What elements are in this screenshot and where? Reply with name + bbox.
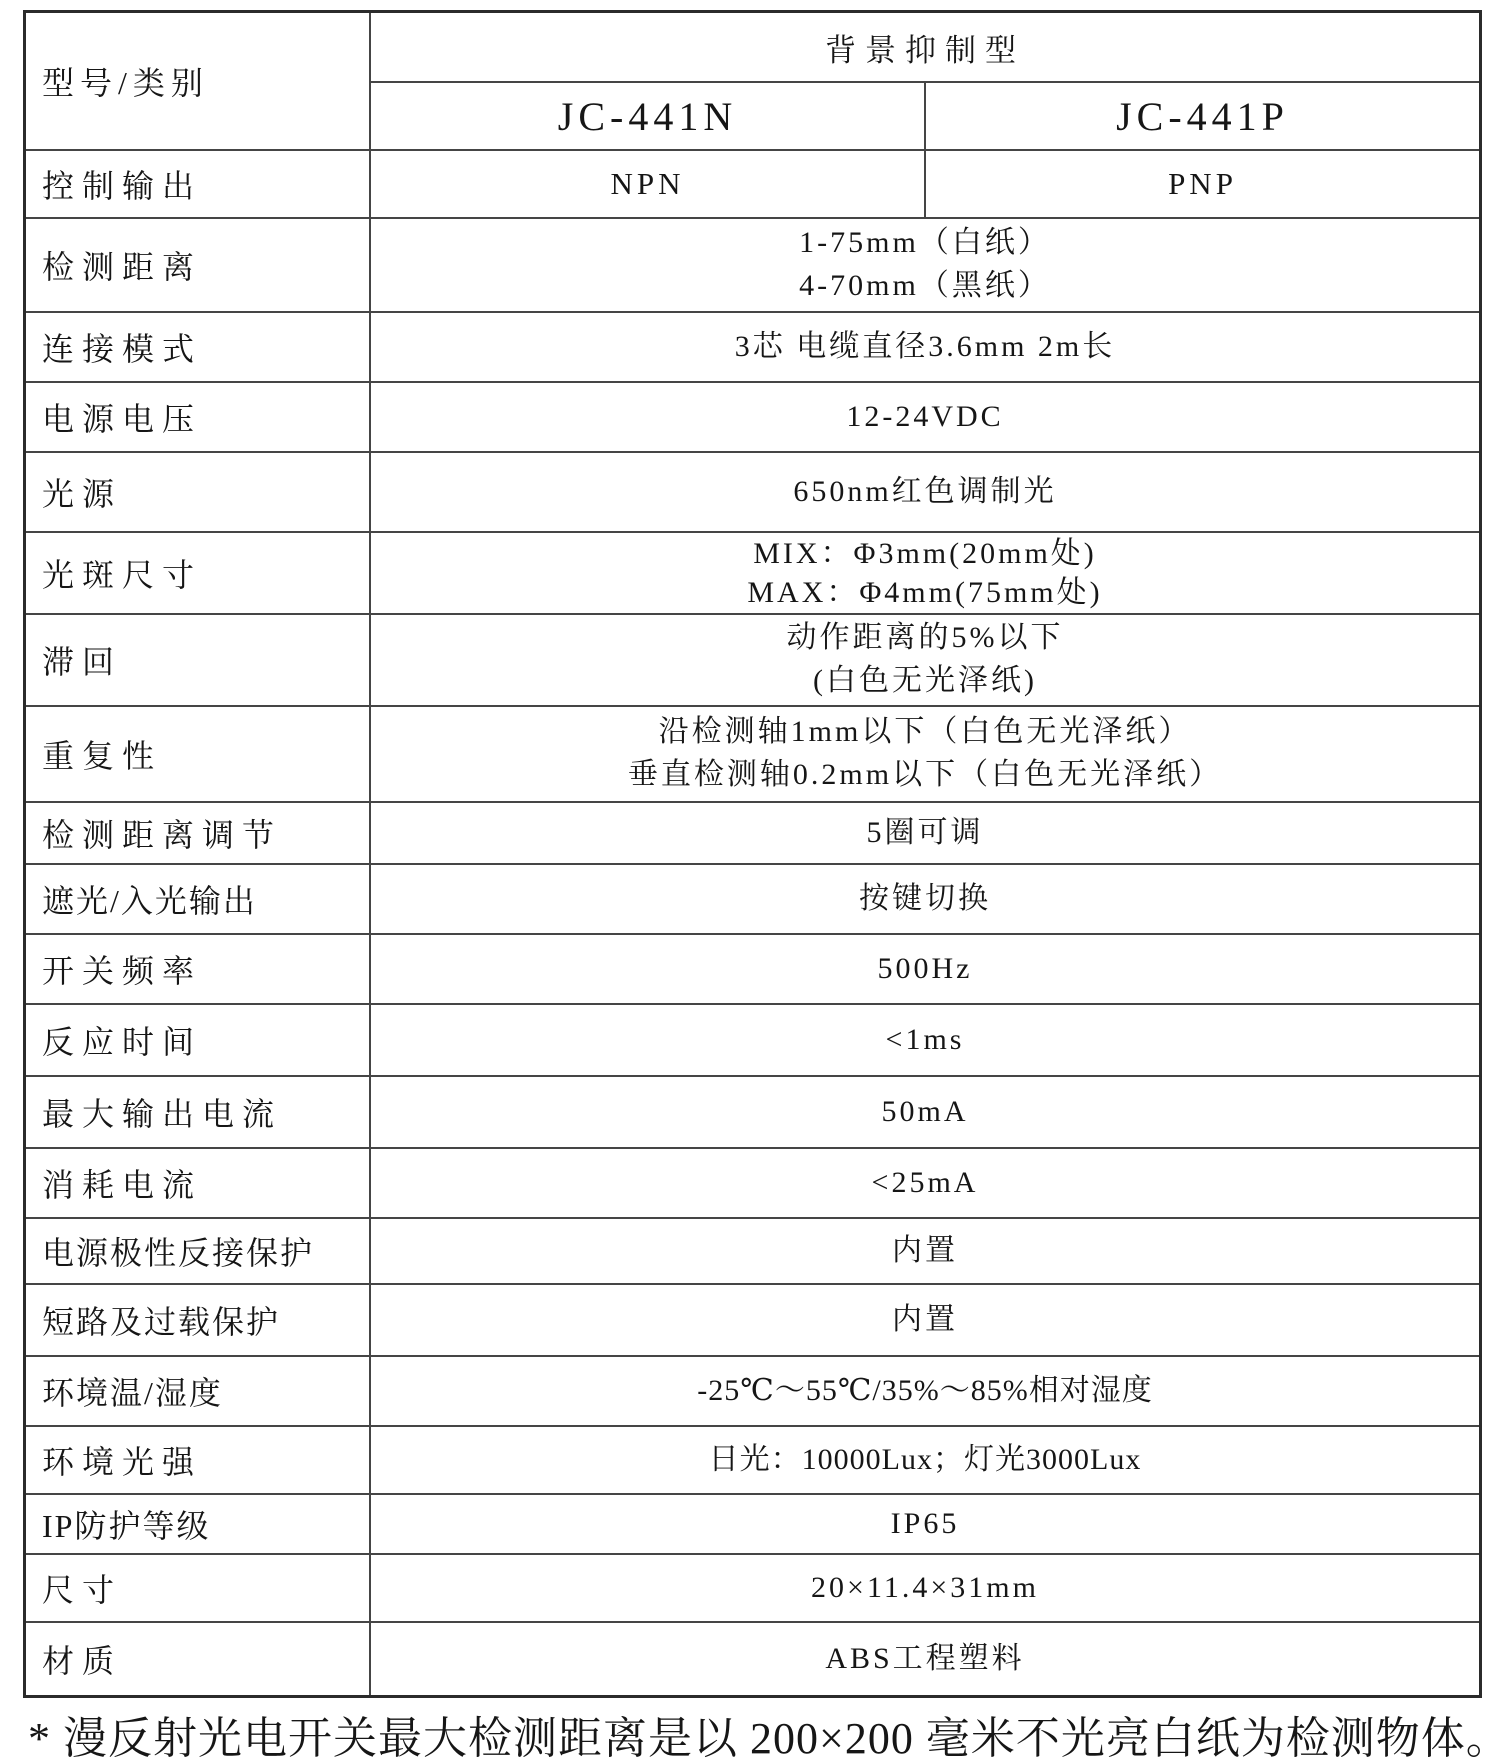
- row-label: 检测距离调节: [26, 803, 371, 863]
- output-left-cell: NPN: [371, 151, 926, 217]
- value-line: MAX：Φ4mm(75mm处): [747, 573, 1102, 612]
- value-line: 1-75mm（白纸）: [799, 222, 1051, 265]
- row-value: 20×11.4×31mm: [371, 1555, 1479, 1621]
- models-row: JC-441N JC-441P: [371, 83, 1479, 149]
- row-repeatability: 重复性 沿检测轴1mm以下（白色无光泽纸） 垂直检测轴0.2mm以下（白色无光泽…: [26, 707, 1479, 803]
- value-line: 50mA: [882, 1091, 969, 1134]
- row-label: 短路及过载保护: [26, 1285, 371, 1355]
- row-material: 材质 ABS工程塑料: [26, 1623, 1479, 1695]
- row-ambient-temp-humidity: 环境温/湿度 -25℃～55℃/35%～85%相对湿度: [26, 1357, 1479, 1427]
- value-line: ABS工程塑料: [825, 1638, 1024, 1681]
- model-right-cell: JC-441P: [926, 83, 1479, 149]
- value-line: 5圈可调: [867, 812, 984, 855]
- value-line: (白色无光泽纸): [813, 660, 1037, 703]
- row-supply-voltage: 电源电压 12-24VDC: [26, 383, 1479, 453]
- row-value: 沿检测轴1mm以下（白色无光泽纸） 垂直检测轴0.2mm以下（白色无光泽纸）: [371, 707, 1479, 801]
- row-label: 尺寸: [26, 1555, 371, 1621]
- row-label: 光斑尺寸: [26, 533, 371, 613]
- row-ip-rating: IP防护等级 IP65: [26, 1495, 1479, 1555]
- row-value: 日光：10000Lux；灯光3000Lux: [371, 1427, 1479, 1493]
- row-hysteresis: 滞回 动作距离的5%以下 (白色无光泽纸): [26, 615, 1479, 707]
- row-label: 消耗电流: [26, 1149, 371, 1217]
- row-value: ABS工程塑料: [371, 1623, 1479, 1695]
- value-line: <25mA: [872, 1162, 979, 1205]
- row-switching-frequency: 开关频率 500Hz: [26, 935, 1479, 1005]
- row-value: <1ms: [371, 1005, 1479, 1075]
- value-line: IP65: [891, 1503, 960, 1546]
- value-line: MIX：Φ3mm(20mm处): [753, 534, 1097, 573]
- row-label: 环境温/湿度: [26, 1357, 371, 1425]
- row-value: 内置: [371, 1285, 1479, 1355]
- value-line: 12-24VDC: [846, 396, 1003, 439]
- row-label: 重复性: [26, 707, 371, 801]
- value-line: 动作距离的5%以下: [787, 617, 1064, 660]
- row-label: 开关频率: [26, 935, 371, 1003]
- row-label: 连接模式: [26, 313, 371, 381]
- value-line: 4-70mm（黑纸）: [799, 265, 1051, 308]
- row-spot-size: 光斑尺寸 MIX：Φ3mm(20mm处) MAX：Φ4mm(75mm处): [26, 533, 1479, 615]
- row-control-output: 控制输出 NPN PNP: [26, 151, 1479, 219]
- row-dimensions: 尺寸 20×11.4×31mm: [26, 1555, 1479, 1623]
- row-short-circuit-protection: 短路及过载保护 内置: [26, 1285, 1479, 1357]
- row-value: IP65: [371, 1495, 1479, 1553]
- value-line: 沿检测轴1mm以下（白色无光泽纸）: [659, 711, 1192, 754]
- row-value: <25mA: [371, 1149, 1479, 1217]
- row-max-output-current: 最大输出电流 50mA: [26, 1077, 1479, 1149]
- value-line: 日光：10000Lux；灯光3000Lux: [709, 1439, 1142, 1482]
- row-distance-adjustment: 检测距离调节 5圈可调: [26, 803, 1479, 865]
- category-cell: 背景抑制型: [371, 13, 1479, 83]
- row-label: 控制输出: [26, 151, 371, 217]
- row-value: 1-75mm（白纸） 4-70mm（黑纸）: [371, 219, 1479, 311]
- row-ambient-light: 环境光强 日光：10000Lux；灯光3000Lux: [26, 1427, 1479, 1495]
- output-values: NPN PNP: [371, 151, 1479, 217]
- footnote: * 漫反射光电开关最大检测距离是以 200×200 毫米不光亮白纸为检测物体。: [28, 1702, 1494, 1764]
- row-response-time: 反应时间 <1ms: [26, 1005, 1479, 1077]
- row-current-consumption: 消耗电流 <25mA: [26, 1149, 1479, 1219]
- value-line: 20×11.4×31mm: [811, 1567, 1039, 1610]
- row-value: 按键切换: [371, 865, 1479, 933]
- spec-sheet-page: 型号/类别 背景抑制型 JC-441N JC-441P 控制输出 NPN PNP…: [0, 0, 1502, 1764]
- row-label: 电源极性反接保护: [26, 1219, 371, 1283]
- model-left-cell: JC-441N: [371, 83, 926, 149]
- row-value: 650nm红色调制光: [371, 453, 1479, 531]
- row-label: 电源电压: [26, 383, 371, 451]
- row-detection-distance: 检测距离 1-75mm（白纸） 4-70mm（黑纸）: [26, 219, 1479, 313]
- value-line: 内置: [892, 1299, 958, 1342]
- row-reverse-polarity-protection: 电源极性反接保护 内置: [26, 1219, 1479, 1285]
- row-value: 50mA: [371, 1077, 1479, 1147]
- row-connection-mode: 连接模式 3芯 电缆直径3.6mm 2m长: [26, 313, 1479, 383]
- row-value: -25℃～55℃/35%～85%相对湿度: [371, 1357, 1479, 1425]
- row-value: 5圈可调: [371, 803, 1479, 863]
- value-line: -25℃～55℃/35%～85%相对湿度: [697, 1370, 1152, 1413]
- row-value: MIX：Φ3mm(20mm处) MAX：Φ4mm(75mm处): [371, 533, 1479, 613]
- value-line: 按键切换: [859, 878, 991, 921]
- row-label: 遮光/入光输出: [26, 865, 371, 933]
- header-row-label: 型号/类别: [26, 13, 371, 149]
- row-label: 检测距离: [26, 219, 371, 311]
- row-dark-on-light-on-output: 遮光/入光输出 按键切换: [26, 865, 1479, 935]
- spec-table: 型号/类别 背景抑制型 JC-441N JC-441P 控制输出 NPN PNP…: [23, 10, 1482, 1698]
- output-right-cell: PNP: [926, 151, 1479, 217]
- value-line: <1ms: [886, 1019, 965, 1062]
- row-label: 滞回: [26, 615, 371, 705]
- row-label: IP防护等级: [26, 1495, 371, 1553]
- row-value: 500Hz: [371, 935, 1479, 1003]
- value-line: 650nm红色调制光: [793, 471, 1056, 514]
- row-light-source: 光源 650nm红色调制光: [26, 453, 1479, 533]
- row-label: 材质: [26, 1623, 371, 1695]
- value-line: 垂直检测轴0.2mm以下（白色无光泽纸）: [628, 754, 1222, 797]
- row-label: 反应时间: [26, 1005, 371, 1075]
- value-line: 500Hz: [878, 948, 973, 991]
- value-line: 3芯 电缆直径3.6mm 2m长: [735, 326, 1116, 369]
- row-value: 内置: [371, 1219, 1479, 1283]
- header-right-section: 背景抑制型 JC-441N JC-441P: [371, 13, 1479, 149]
- row-label: 环境光强: [26, 1427, 371, 1493]
- row-value: 12-24VDC: [371, 383, 1479, 451]
- row-label: 最大输出电流: [26, 1077, 371, 1147]
- value-line: 内置: [892, 1230, 958, 1273]
- table-header: 型号/类别 背景抑制型 JC-441N JC-441P: [26, 13, 1479, 151]
- row-value: 动作距离的5%以下 (白色无光泽纸): [371, 615, 1479, 705]
- row-value: 3芯 电缆直径3.6mm 2m长: [371, 313, 1479, 381]
- row-label: 光源: [26, 453, 371, 531]
